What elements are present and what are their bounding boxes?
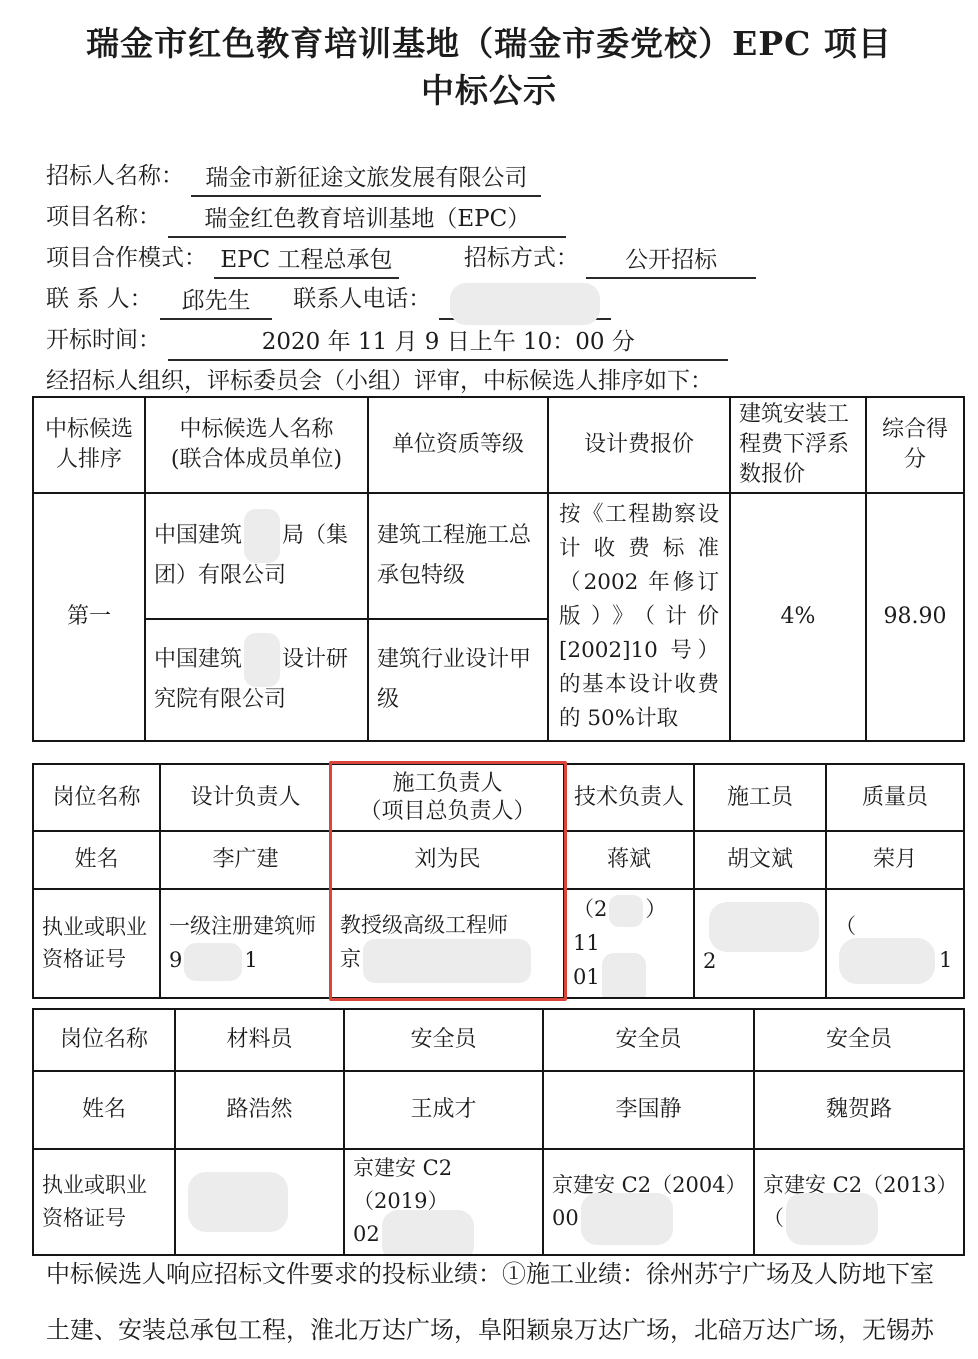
constructor-cert: 2 <box>694 889 826 998</box>
constructor-name: 胡文斌 <box>694 831 826 889</box>
redaction-blob <box>184 943 242 981</box>
quality-name: 荣月 <box>826 831 964 889</box>
th-qualification: 单位资质等级 <box>368 397 548 493</box>
redaction-blob <box>450 283 600 325</box>
staff2-cert-row: 执业或职业资格证号 京建安 C2（2019） 02 京建安 C2（2004） 0… <box>33 1149 964 1255</box>
phone-value <box>439 285 611 320</box>
redaction-blob <box>244 633 280 687</box>
candidate-row-member1: 第一 中国建筑局（集团）有限公司 建筑工程施工总承包特级 按《工程勘察设计收费标… <box>33 493 964 619</box>
method-label: 招标方式： <box>464 238 579 279</box>
safety-officer-1-name: 王成才 <box>344 1071 543 1149</box>
safety-officer-2-name: 李国静 <box>543 1071 754 1149</box>
redaction-blob <box>709 902 819 952</box>
phone-label: 联系人电话： <box>293 279 431 320</box>
field-row-open-time: 开标时间： 2020 年 11 月 9 日上午 10：00 分 <box>46 320 946 361</box>
material-clerk-name: 路浩然 <box>175 1071 344 1149</box>
tenderer-value: 瑞金市新征途文旅发展有限公司 <box>191 162 541 197</box>
info-fields: 招标人名称： 瑞金市新征途文旅发展有限公司 项目名称： 瑞金红色教育培训基地（E… <box>46 156 946 402</box>
th-material-clerk: 材料员 <box>175 1009 344 1071</box>
th-rank: 中标候选人排序 <box>33 397 145 493</box>
redaction-blob <box>839 938 935 984</box>
candidates-table: 中标候选人排序 中标候选人名称 (联合体成员单位) 单位资质等级 设计费报价 建… <box>32 396 965 742</box>
staff2-header-row: 岗位名称 材料员 安全员 安全员 安全员 <box>33 1009 964 1071</box>
th-score: 综合得分 <box>866 397 964 493</box>
redaction-blob <box>602 953 646 998</box>
member2-qualification-cell: 建筑行业设计甲级 <box>368 619 548 741</box>
tech-lead-name: 蒋斌 <box>564 831 694 889</box>
design-fee-cell: 按《工程勘察设计收费标准（2002 年修订版）》（计价[2002]10 号）的基… <box>548 493 730 741</box>
th-safety-officer-2: 安全员 <box>543 1009 754 1071</box>
rank-cell: 第一 <box>33 493 145 741</box>
mode-label: 项目合作模式： <box>46 238 207 279</box>
th-quality: 质量员 <box>826 764 964 831</box>
open-time-label: 开标时间： <box>46 320 161 361</box>
highlight-box <box>329 761 567 1001</box>
score-cell: 98.90 <box>866 493 964 741</box>
method-value: 公开招标 <box>586 244 756 279</box>
staff2-name-row: 姓名 路浩然 王成才 李国静 魏贺路 <box>33 1071 964 1149</box>
contact-label: 联 系 人： <box>46 279 153 320</box>
member2-name-cell: 中国建筑设计研究院有限公司 <box>145 619 368 741</box>
safety-officer-1-cert: 京建安 C2（2019） 02 <box>344 1149 543 1255</box>
safety-officer-2-cert: 京建安 C2（2004） 00 <box>543 1149 754 1255</box>
design-lead-cert: 一级注册建筑师 91 <box>160 889 331 998</box>
mode-value: EPC 工程总承包 <box>214 244 398 279</box>
discount-cell: 4% <box>730 493 866 741</box>
field-row-mode-method: 项目合作模式： EPC 工程总承包 招标方式： 公开招标 <box>46 238 946 279</box>
page-title-line2: 中标公示 <box>0 67 978 114</box>
safety-officer-3-cert: 京建安 C2（2013） （ <box>754 1149 964 1255</box>
redaction-blob <box>581 1193 673 1245</box>
field-row-project: 项目名称： 瑞金红色教育培训基地（EPC） <box>46 197 946 238</box>
tenderer-label: 招标人名称： <box>46 156 184 197</box>
field-row-contact: 联 系 人： 邱先生 联系人电话： <box>46 279 946 320</box>
name-row-label: 姓名 <box>33 1071 175 1149</box>
tech-lead-cert: （2）11 01 <box>564 889 694 998</box>
redaction-blob <box>188 1172 288 1232</box>
cert-row-label: 执业或职业资格证号 <box>33 1149 175 1255</box>
page-title-line1: 瑞金市红色教育培训基地（瑞金市委党校）EPC 项目 <box>0 20 978 67</box>
page-title: 瑞金市红色教育培训基地（瑞金市委党校）EPC 项目 中标公示 <box>0 20 978 114</box>
announcement-page: 瑞金市红色教育培训基地（瑞金市委党校）EPC 项目 中标公示 招标人名称： 瑞金… <box>0 0 978 1359</box>
th-position: 岗位名称 <box>33 1009 175 1071</box>
material-clerk-cert <box>175 1149 344 1255</box>
open-time-value: 2020 年 11 月 9 日上午 10：00 分 <box>168 326 728 361</box>
th-discount: 建筑安装工程费下浮系数报价 <box>730 397 866 493</box>
quality-cert: （1 <box>826 889 964 998</box>
th-constructor: 施工员 <box>694 764 826 831</box>
th-safety-officer-1: 安全员 <box>344 1009 543 1071</box>
project-value: 瑞金红色教育培训基地（EPC） <box>168 203 566 238</box>
candidates-header-row: 中标候选人排序 中标候选人名称 (联合体成员单位) 单位资质等级 设计费报价 建… <box>33 397 964 493</box>
th-tech-lead: 技术负责人 <box>564 764 694 831</box>
redaction-blob <box>786 1193 878 1245</box>
redaction-blob <box>609 895 643 927</box>
member1-name-cell: 中国建筑局（集团）有限公司 <box>145 493 368 619</box>
th-candidate-name: 中标候选人名称 (联合体成员单位) <box>145 397 368 493</box>
performance-paragraph: 中标候选人响应招标文件要求的投标业绩：①施工业绩：徐州苏宁广场及人防地下室土建、… <box>46 1246 934 1358</box>
th-design-lead: 设计负责人 <box>160 764 331 831</box>
member1-qualification-cell: 建筑工程施工总承包特级 <box>368 493 548 619</box>
design-lead-name: 李广建 <box>160 831 331 889</box>
th-position: 岗位名称 <box>33 764 160 831</box>
cert-row-label: 执业或职业资格证号 <box>33 889 160 998</box>
name-row-label: 姓名 <box>33 831 160 889</box>
th-safety-officer-3: 安全员 <box>754 1009 964 1071</box>
project-label: 项目名称： <box>46 197 161 238</box>
safety-officer-3-name: 魏贺路 <box>754 1071 964 1149</box>
contact-value: 邱先生 <box>160 285 272 320</box>
staff-table-2: 岗位名称 材料员 安全员 安全员 安全员 姓名 路浩然 王成才 李国静 魏贺路 … <box>32 1008 965 1256</box>
redaction-blob <box>244 509 280 563</box>
field-row-tenderer: 招标人名称： 瑞金市新征途文旅发展有限公司 <box>46 156 946 197</box>
th-design-fee: 设计费报价 <box>548 397 730 493</box>
